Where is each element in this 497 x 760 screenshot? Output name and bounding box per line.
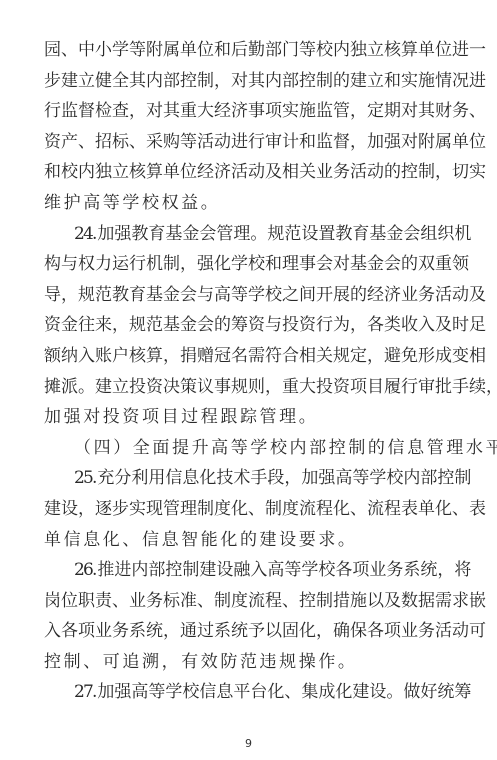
text-line: 岗位职责、业务标准、制度流程、控制措施以及数据需求嵌 (44, 589, 456, 620)
text-line: 资金往来，规范基金会的筹资与投资行为，各类收入及时足 (44, 313, 456, 344)
text-line: 建设，逐步实现管理制度化、制度流程化、流程表单化、表 (44, 497, 456, 528)
document-page: 园、中小学等附属单位和后勤部门等校内独立核算单位进一 步建立健全其内部控制，对其… (0, 0, 497, 760)
text-line: 加强对投资项目过程跟踪管理。 (44, 405, 456, 436)
text-line: 步建立健全其内部控制，对其内部控制的建立和实施情况进 (44, 69, 456, 100)
text-line: 资产、招标、采购等活动进行审计和监督，加强对附属单位 (44, 130, 456, 161)
text-line: 行监督检查，对其重大经济事项实施监管，定期对其财务、 (44, 99, 456, 130)
text-line: 导，规范教育基金会与高等学校之间开展的经济业务活动及 (44, 283, 456, 314)
page-number: 9 (0, 737, 497, 750)
text-line: 和校内独立核算单位经济活动及相关业务活动的控制，切实 (44, 160, 456, 191)
section-4-heading: （四）全面提升高等学校内部控制的信息管理水平。 (44, 436, 456, 467)
section-24-heading-line: 24.加强教育基金会管理。规范设置教育基金会组织机 (44, 222, 456, 253)
text-line: 构与权力运行机制，强化学校和理事会对基金会的双重领 (44, 252, 456, 283)
text-line: 入各项业务系统，通过系统予以固化，确保各项业务活动可 (44, 619, 456, 650)
document-body: 园、中小学等附属单位和后勤部门等校内独立核算单位进一 步建立健全其内部控制，对其… (44, 38, 456, 711)
text-line: 控制、可追溯，有效防范违规操作。 (44, 650, 456, 681)
text-line: 额纳入账户核算，捐赠冠名需符合相关规定，避免形成变相 (44, 344, 456, 375)
section-25-heading-line: 25.充分利用信息化技术手段，加强高等学校内部控制 (44, 466, 456, 497)
text-line: 园、中小学等附属单位和后勤部门等校内独立核算单位进一 (44, 38, 456, 69)
text-line: 摊派。建立投资决策议事规则，重大投资项目履行审批手续， (44, 375, 456, 406)
text-line: 单信息化、信息智能化的建设要求。 (44, 528, 456, 559)
text-line: 维护高等学校权益。 (44, 191, 456, 222)
section-27-heading-line: 27.加强高等学校信息平台化、集成化建设。做好统筹 (44, 680, 456, 711)
section-26-heading-line: 26.推进内部控制建设融入高等学校各项业务系统，将 (44, 558, 456, 589)
